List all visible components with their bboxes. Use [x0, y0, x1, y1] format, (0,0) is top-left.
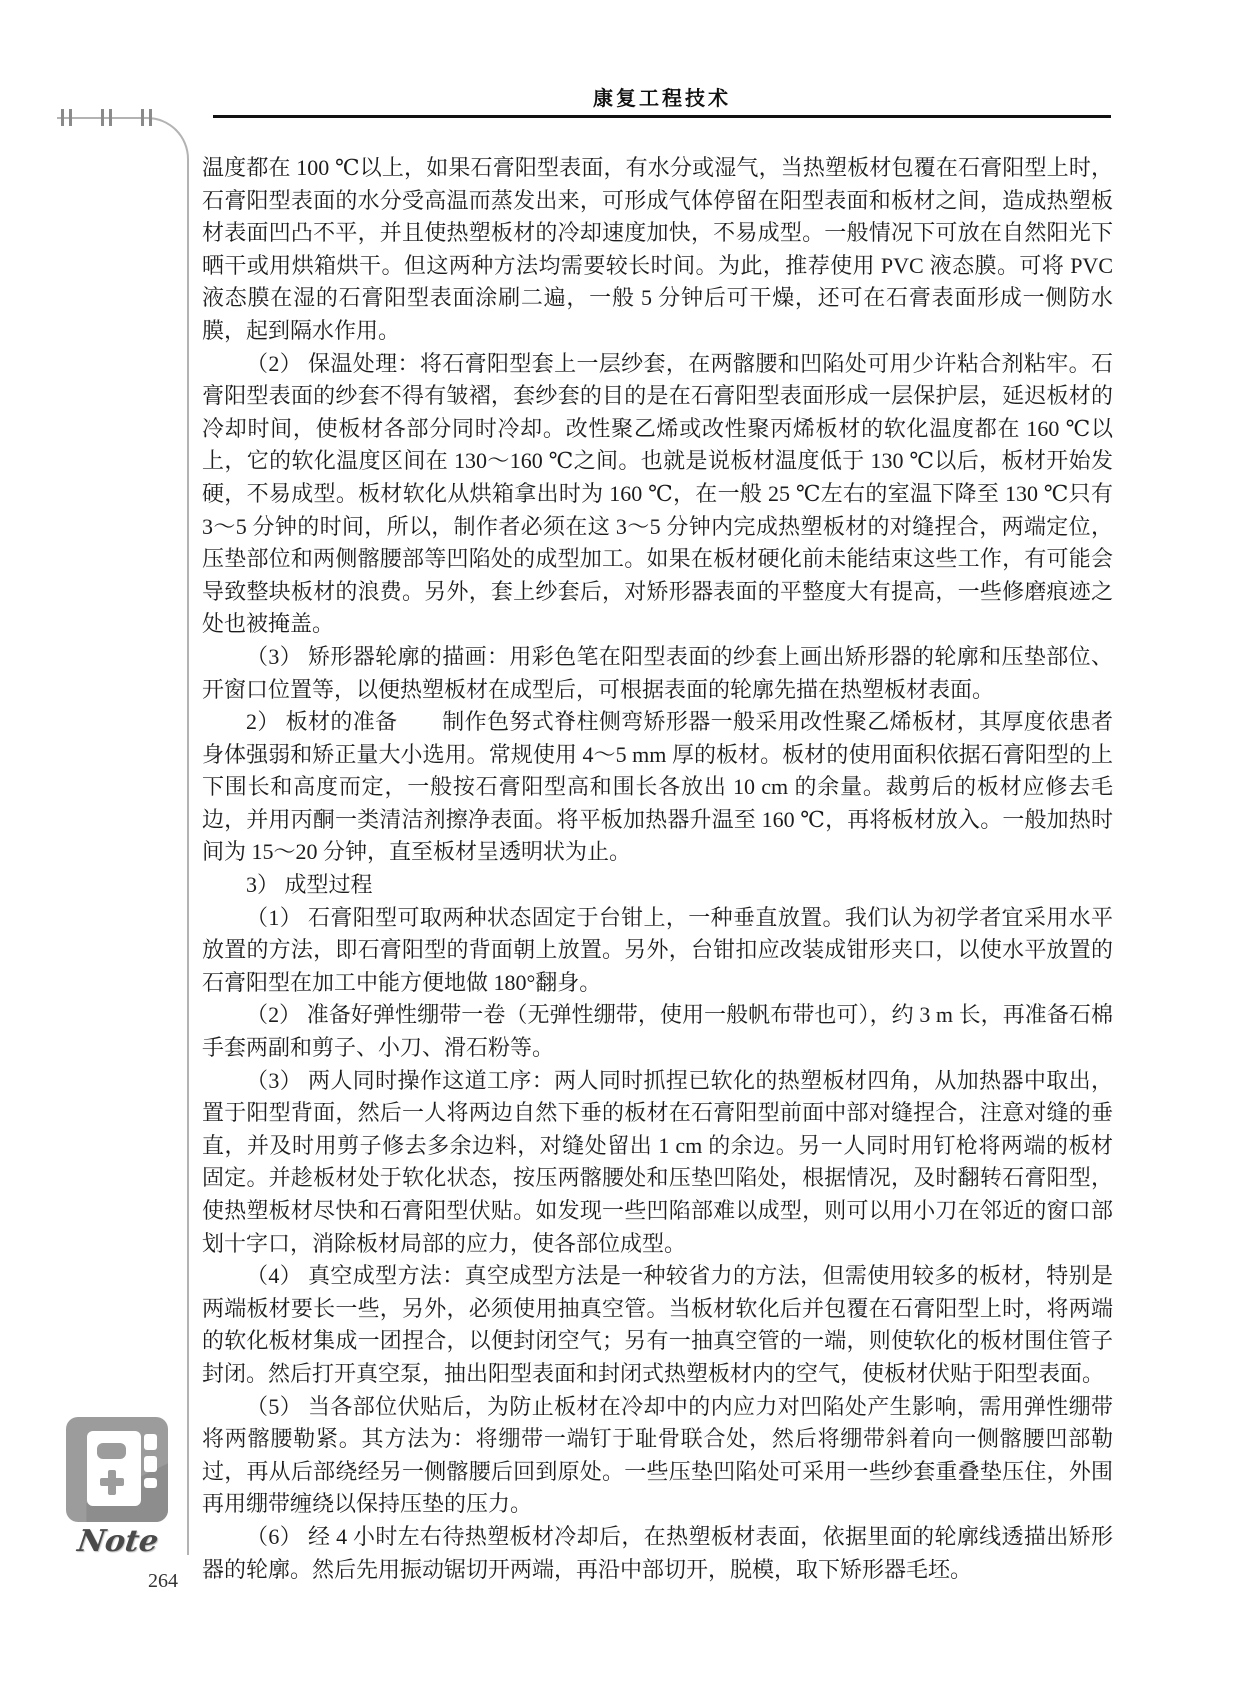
notebook-label	[97, 1443, 127, 1459]
note-notebook-icon	[66, 1417, 168, 1522]
paragraph: （5） 当各部位伏贴后，为防止板材在冷却中的内应力对凹陷处产生影响，需用弹性绷带…	[202, 1391, 1113, 1521]
note-label: Note	[46, 1524, 191, 1559]
paragraph: （2） 保温处理：将石膏阳型套上一层纱套，在两髂腰和凹陷处可用少许粘合剂粘牢。石…	[202, 348, 1113, 641]
paragraph: （3） 矫形器轮廓的描画：用彩色笔在阳型表面的纱套上画出矫形器的轮廓和压垫部位、…	[202, 641, 1113, 706]
header-rule	[213, 115, 1111, 118]
paragraph: 2） 板材的准备 制作色努式脊柱侧弯矫形器一般采用改性聚乙烯板材，其厚度依患者身…	[202, 706, 1113, 869]
medical-cross-icon	[100, 1478, 124, 1486]
margin-tick-icon	[61, 109, 72, 126]
paragraph: （1） 石膏阳型可取两种状态固定于台钳上，一种垂直放置。我们认为初学者宜采用水平…	[202, 902, 1113, 1000]
paragraph: （6） 经 4 小时左右待热塑板材冷却后，在热塑板材表面，依据里面的轮廓线透描出…	[202, 1521, 1113, 1586]
paragraph: （4） 真空成型方法：真空成型方法是一种较省力的方法，但需使用较多的板材，特别是…	[202, 1260, 1113, 1390]
notebook-tab	[144, 1456, 157, 1472]
margin-tick-icon	[141, 109, 152, 126]
page-header-title: 康复工程技术	[213, 82, 1111, 111]
margin-tick-icon	[101, 109, 112, 126]
body-text: 温度都在 100 ℃以上，如果石膏阳型表面，有水分或湿气，当热塑板材包覆在石膏阳…	[202, 152, 1113, 1586]
paragraph: （3） 两人同时操作这道工序：两人同时抓捏已软化的热塑板材四角，从加热器中取出，…	[202, 1065, 1113, 1261]
paragraph: （2） 准备好弹性绷带一卷（无弹性绷带，使用一般帆布带也可），约 3 m 长，再…	[202, 999, 1113, 1064]
notebook-shape	[87, 1431, 141, 1507]
book-page: 康复工程技术 温度都在 100 ℃以上，如果石膏阳型表面，有水分或湿气，当热塑板…	[0, 0, 1245, 1688]
notebook-tab	[144, 1478, 157, 1489]
paragraph: 3） 成型过程	[202, 869, 1113, 902]
page-number: 264	[148, 1570, 178, 1593]
margin-rule	[57, 117, 189, 1555]
notebook-tab	[144, 1434, 157, 1450]
paragraph: 温度都在 100 ℃以上，如果石膏阳型表面，有水分或湿气，当热塑板材包覆在石膏阳…	[202, 152, 1113, 348]
